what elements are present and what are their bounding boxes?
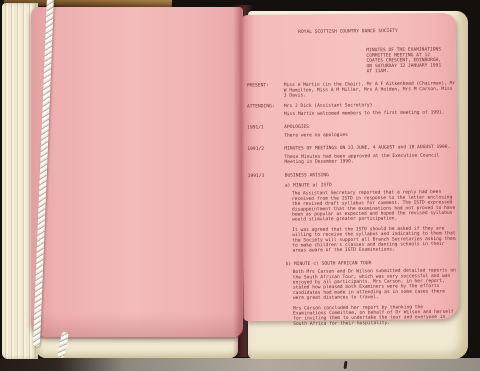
minute-paragraph-row: These Minutes had been approved at the E… [247, 153, 459, 166]
subitem-paragraph: The Assistant Secretary reported that a … [285, 189, 457, 222]
minutes-document: ROYAL SCOTTISH COUNTRY DANCE SOCIETY MIN… [246, 14, 461, 327]
minute-item: 1991/1 APOLOGIES [247, 123, 459, 130]
subitem-paragraph: Mrs Carson concluded her report by thank… [286, 304, 458, 327]
subitem-heading: b) MINUTE c) SOUTH AFRICAN TOUR [286, 260, 458, 267]
subitem-paragraph-row: Both Mrs Carson and Dr Wilson submitted … [249, 268, 461, 301]
minute-ref: 1991/2 [247, 146, 284, 152]
attending-names: Mrs J Dick (Assistant Secretary) [284, 102, 456, 109]
attending-label: ATTENDING: [247, 103, 284, 109]
minute-paragraph: There were no apologies [284, 131, 456, 138]
welcome-line: Miss Martin welcomed members to the firs… [284, 110, 456, 117]
floor [0, 358, 480, 371]
left-blank-page [31, 7, 243, 337]
subitem-heading-row: a) MINUTE a) ISTD [248, 181, 460, 188]
subitem-heading: a) MINUTE a) ISTD [285, 181, 457, 188]
present-names: Miss A Martin (in the Chair), Mr A F Ait… [284, 81, 456, 98]
minute-title: APOLOGIES [284, 123, 456, 130]
subitem-paragraph: It was agreed that the ISTD should be as… [285, 226, 457, 254]
present-label: PRESENT: [247, 83, 284, 99]
minute-item: 1991/2 MINUTES OF MEETINGS ON 23 JUNE, 4… [247, 144, 459, 151]
attending-row: ATTENDING: Mrs J Dick (Assistant Secreta… [247, 102, 459, 109]
minute-title: BUSINESS ARISING [285, 171, 457, 178]
subitem-paragraph-row: Mrs Carson concluded her report by thank… [249, 304, 461, 327]
minute-title: MINUTES OF MEETINGS ON 23 JUNE, 4 AUGUST… [284, 144, 456, 151]
subitem-heading-row: b) MINUTE c) SOUTH AFRICAN TOUR [249, 260, 461, 267]
subitem-paragraph: Both Mrs Carson and Dr Wilson submitted … [286, 268, 458, 301]
society-title: ROYAL SCOTTISH COUNTRY DANCE SOCIETY [298, 28, 458, 35]
heading-line: AT 11AM. [367, 68, 459, 74]
subitem-paragraph-row: It was agreed that the ISTD should be as… [248, 226, 460, 254]
minute-paragraph: These Minutes had been approved at the E… [284, 153, 456, 165]
minute-item: 1991/3 BUSINESS ARISING [248, 171, 460, 178]
welcome-row: Miss Martin welcomed members to the firs… [247, 110, 459, 117]
minute-paragraph-row: There were no apologies [247, 131, 459, 138]
meeting-heading: MINUTES OF THE EXAMINATIONS COMMITTEE ME… [366, 47, 458, 74]
minute-ref: 1991/1 [247, 125, 284, 131]
book-photo: ROYAL SCOTTISH COUNTRY DANCE SOCIETY MIN… [0, 0, 480, 371]
subitem-paragraph-row: The Assistant Secretary reported that a … [248, 189, 460, 222]
minute-ref: 1991/3 [248, 173, 285, 179]
present-row: PRESENT: Miss A Martin (in the Chair), M… [247, 81, 459, 99]
